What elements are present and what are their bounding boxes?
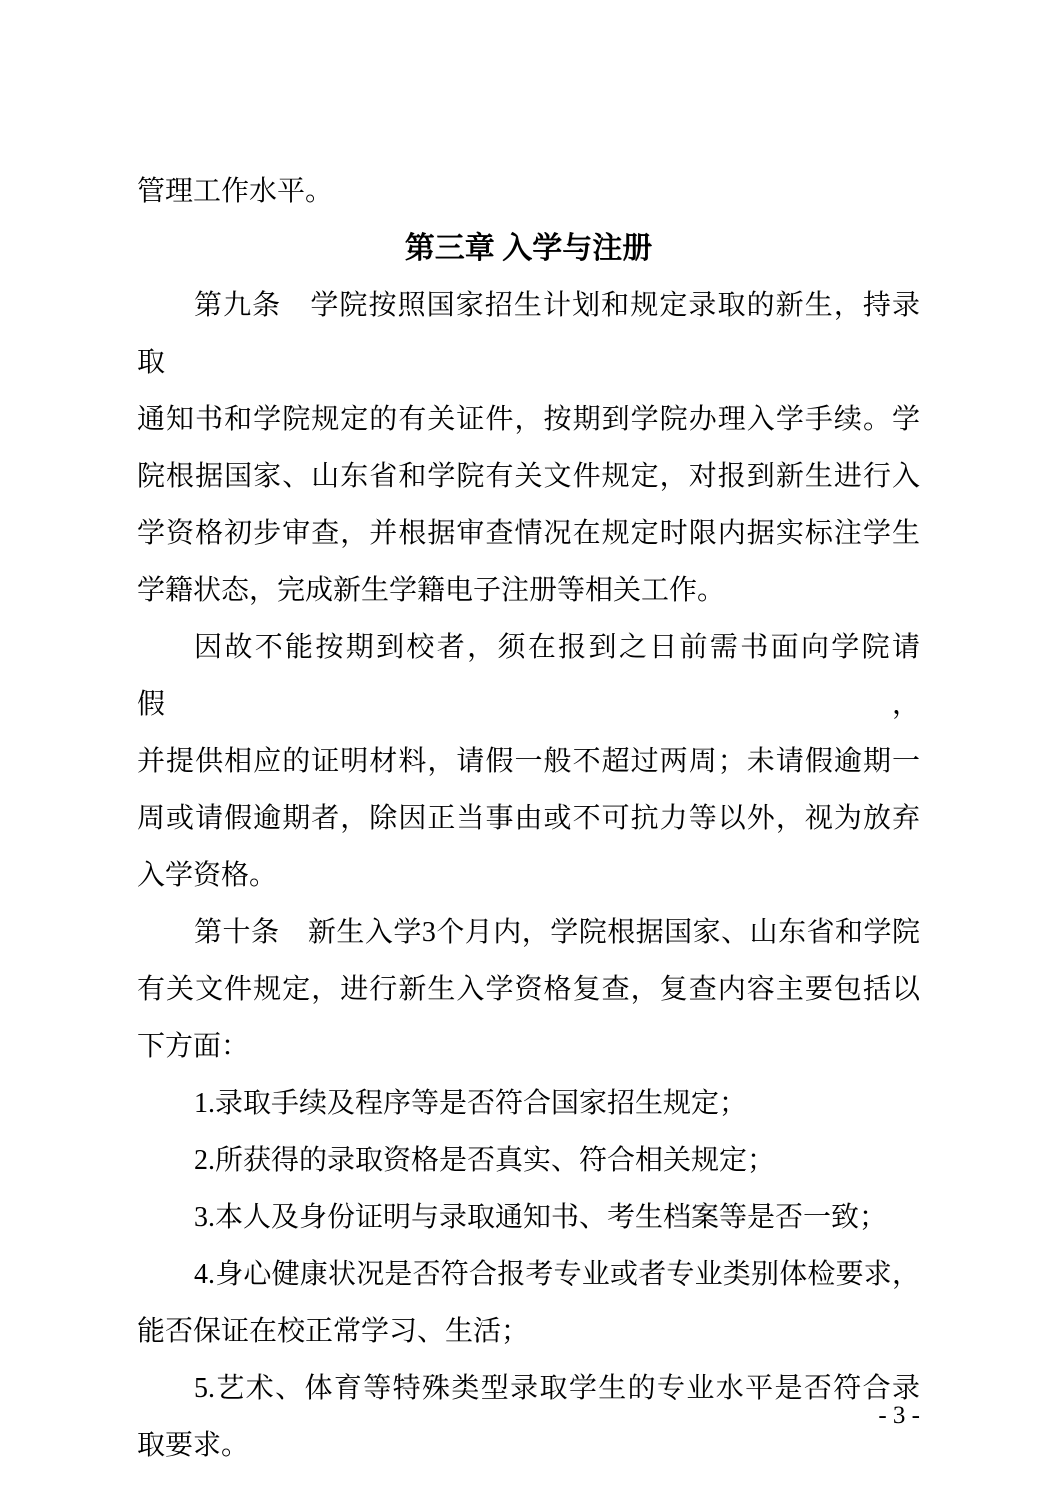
text-line: 1.录取手续及程序等是否符合国家招生规定；: [137, 1075, 920, 1132]
text-line: 入学资格。: [137, 847, 920, 904]
text-line: 2.所获得的录取资格是否真实、符合相关规定；: [137, 1132, 920, 1189]
text-line: 第十条 新生入学3个月内，学院根据国家、山东省和学院: [137, 904, 920, 961]
text-line: 并提供相应的证明材料，请假一般不超过两周；未请假逾期一: [137, 733, 920, 790]
text-line: 下方面：: [137, 1018, 920, 1075]
page-number: - 3 -: [878, 1402, 920, 1429]
text-line: 管理工作水平。: [137, 163, 920, 220]
text-line: 学资格初步审查，并根据审查情况在规定时限内据实标注学生: [137, 505, 920, 562]
page-footer: - 3 -: [137, 1396, 920, 1436]
text-line: 4.身心健康状况是否符合报考专业或者专业类别体检要求，: [137, 1246, 920, 1303]
text-line: 周或请假逾期者，除因正当事由或不可抗力等以外，视为放弃: [137, 790, 920, 847]
document-page: 管理工作水平。第三章 入学与注册第九条 学院按照国家招生计划和规定录取的新生，持…: [0, 0, 1055, 1492]
text-line: 第九条 学院按照国家招生计划和规定录取的新生，持录取: [137, 277, 920, 391]
text-line: 学籍状态，完成新生学籍电子注册等相关工作。: [137, 562, 920, 619]
text-line: 3.本人及身份证明与录取通知书、考生档案等是否一致；: [137, 1189, 920, 1246]
chapter-heading: 第三章 入学与注册: [137, 220, 920, 277]
text-line: 院根据国家、山东省和学院有关文件规定，对报到新生进行入: [137, 448, 920, 505]
text-line: 有关文件规定，进行新生入学资格复查，复查内容主要包括以: [137, 961, 920, 1018]
text-line: 因故不能按期到校者，须在报到之日前需书面向学院请假，: [137, 619, 920, 733]
document-body: 管理工作水平。第三章 入学与注册第九条 学院按照国家招生计划和规定录取的新生，持…: [137, 163, 920, 1474]
text-line: 能否保证在校正常学习、生活；: [137, 1303, 920, 1360]
text-line: 通知书和学院规定的有关证件，按期到学院办理入学手续。学: [137, 391, 920, 448]
